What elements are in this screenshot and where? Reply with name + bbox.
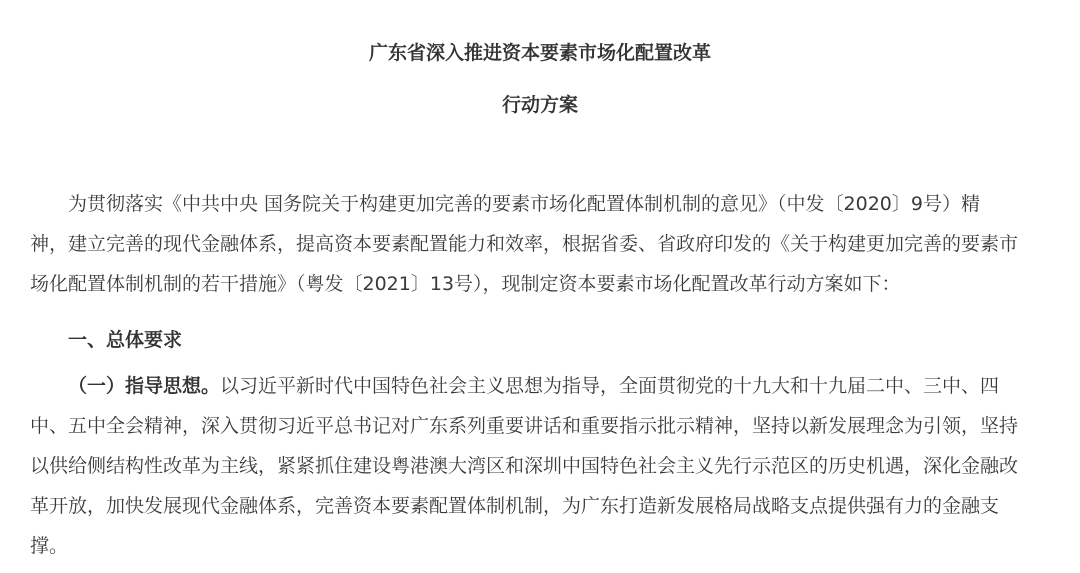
guiding-thought-paragraph: （一）指导思想。以习近平新时代中国特色社会主义思想为指导，全面贯彻党的十九大和十…: [30, 366, 1058, 566]
guiding-line-3: 以供给侧结构性改革为主线，紧紧抓住建设粤港澳大湾区和深圳中国特色社会主义先行示范…: [30, 446, 1058, 486]
document-page: 广东省深入推进资本要素市场化配置改革 行动方案 为贯彻落实《中共中央 国务院关于…: [0, 0, 1080, 573]
guiding-line-1-text: 以习近平新时代中国特色社会主义思想为指导，全面贯彻党的十九大和十九届二中、三中、…: [220, 375, 999, 397]
document-title: 广东省深入推进资本要素市场化配置改革: [0, 38, 1080, 65]
section-heading-general-requirements: 一、总体要求: [68, 320, 182, 360]
guiding-line-1: （一）指导思想。以习近平新时代中国特色社会主义思想为指导，全面贯彻党的十九大和十…: [30, 366, 1058, 406]
document-subtitle: 行动方案: [0, 90, 1080, 117]
guiding-line-2: 中、五中全会精神，深入贯彻习近平总书记对广东系列重要讲话和重要指示批示精神，坚持…: [30, 406, 1058, 446]
subsection-lead: （一）指导思想。: [68, 375, 220, 397]
intro-line-1: 为贯彻落实《中共中央 国务院关于构建更加完善的要素市场化配置体制机制的意见》（中…: [30, 184, 1058, 224]
intro-line-2: 神，建立完善的现代金融体系，提高资本要素配置能力和效率，根据省委、省政府印发的《…: [30, 224, 1058, 264]
intro-line-3: 场化配置体制机制的若干措施》（粤发〔2021〕13号），现制定资本要素市场化配置…: [30, 264, 1058, 304]
guiding-line-5: 撑。: [30, 526, 1058, 566]
intro-paragraph: 为贯彻落实《中共中央 国务院关于构建更加完善的要素市场化配置体制机制的意见》（中…: [30, 184, 1058, 304]
guiding-line-4: 革开放，加快发展现代金融体系，完善资本要素配置体制机制，为广东打造新发展格局战略…: [30, 486, 1058, 526]
